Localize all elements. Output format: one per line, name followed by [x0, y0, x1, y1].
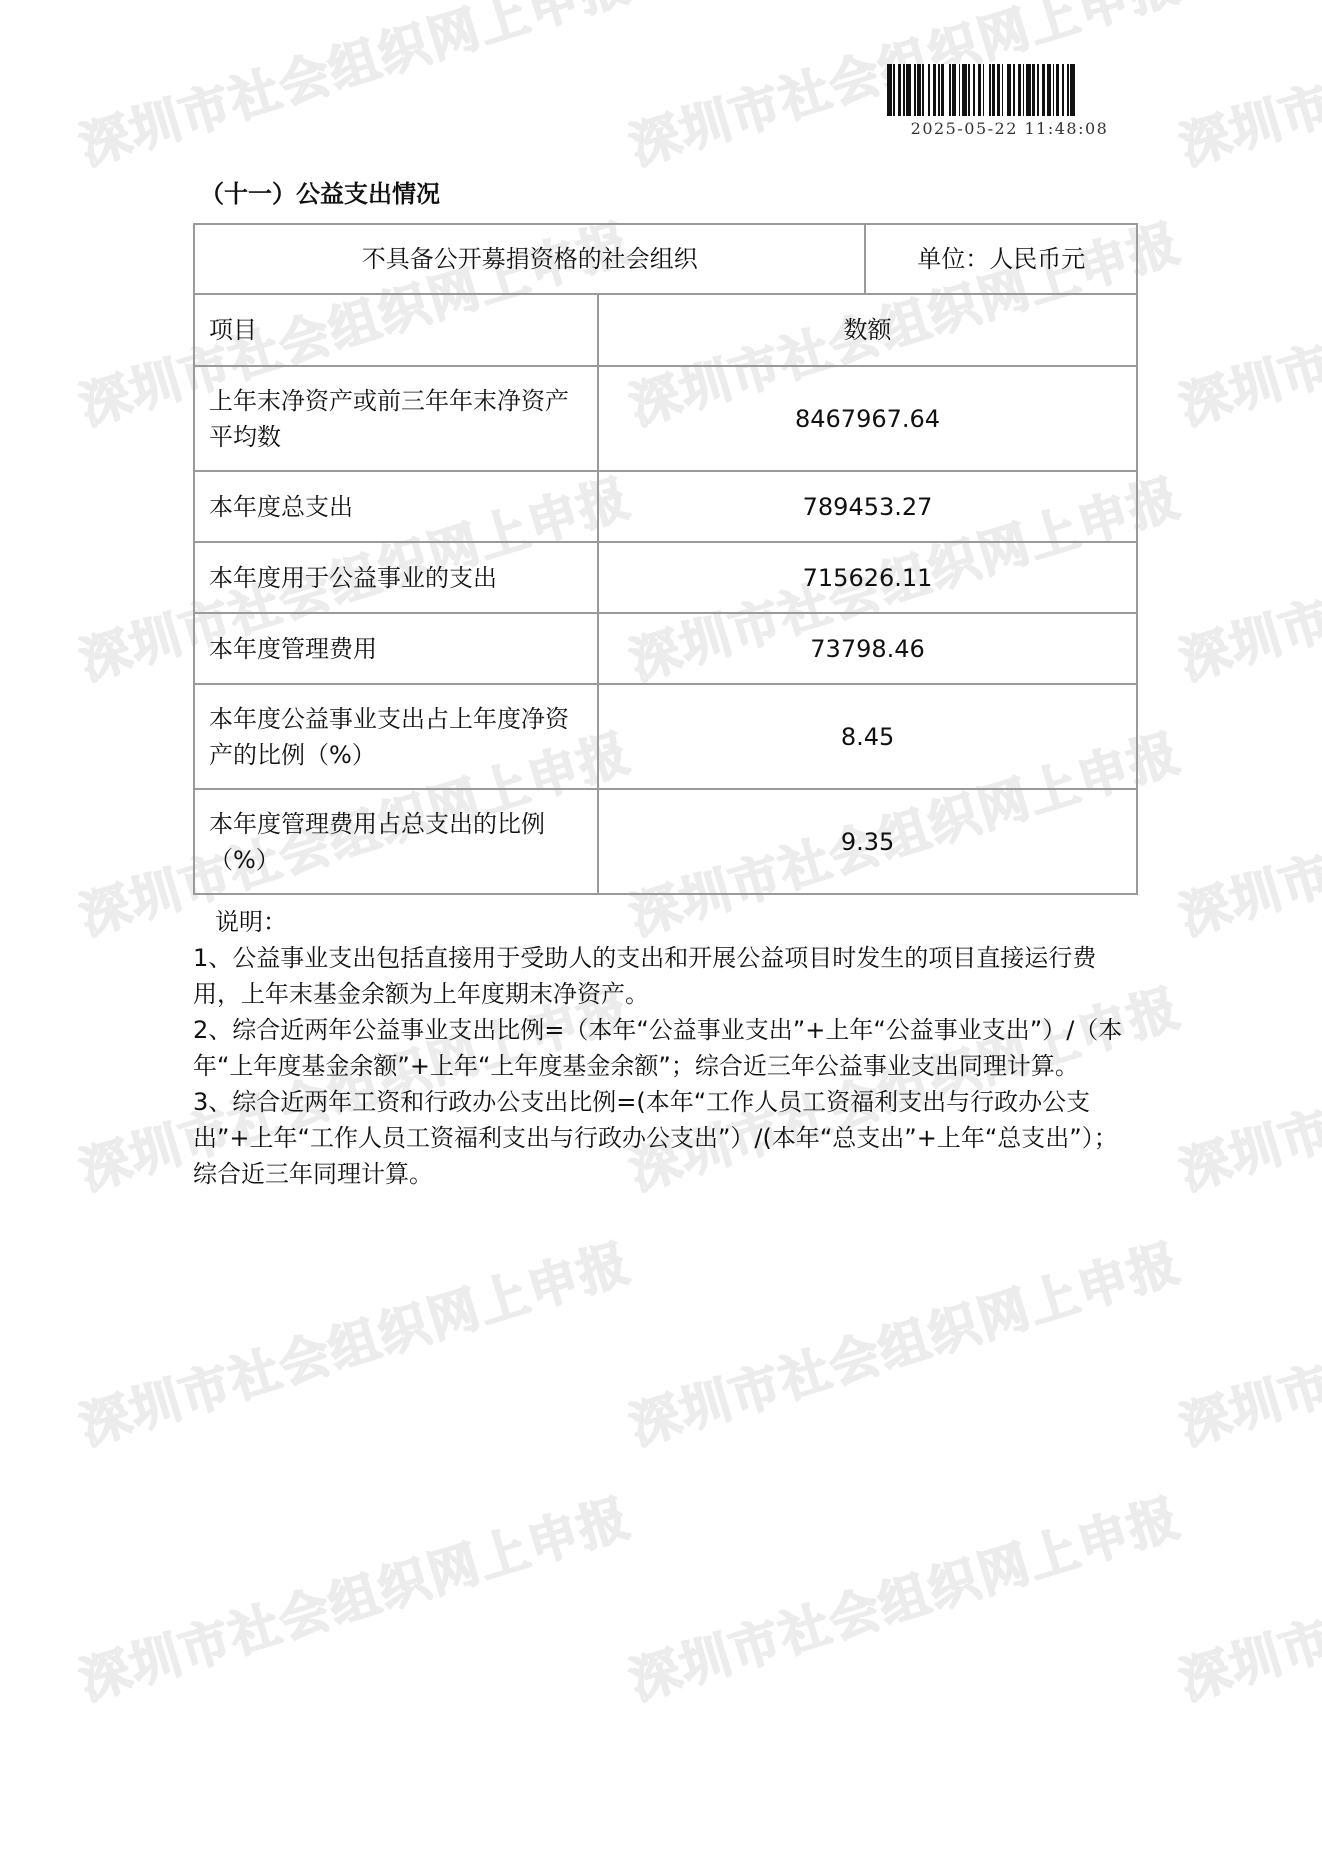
watermark-text: 深圳市社会组织网上申报	[70, 1478, 638, 1714]
watermark-text: 深圳市社会组织网上申报	[1170, 458, 1322, 694]
table-title-row: 不具备公开募捐资格的社会组织 单位：人民币元	[194, 224, 1137, 294]
watermark-text: 深圳市社会组织网上申报	[1170, 1478, 1322, 1714]
table-row: 本年度公益事业支出占上年度净资产的比例（%） 8.45	[194, 684, 1137, 789]
amount-cell: 73798.46	[598, 613, 1137, 684]
watermark-text: 深圳市社会组织网上申报	[1170, 713, 1322, 949]
section-title: （十一）公益支出情况	[200, 174, 440, 209]
watermark-text: 深圳市社会组织网上申报	[70, 0, 638, 179]
table-row: 上年末净资产或前三年年末净资产平均数 8467967.64	[194, 366, 1137, 471]
timestamp: 2025-05-22 11:48:08	[887, 119, 1132, 138]
note-item: 2、综合近两年公益事业支出比例=（本年“公益事业支出”+上年“公益事业支出”）/…	[193, 1012, 1138, 1084]
item-cell: 本年度用于公益事业的支出	[194, 542, 598, 613]
note-item: 3、综合近两年工资和行政办公支出比例=(本年“工作人员工资福利支出与行政办公支出…	[193, 1084, 1138, 1192]
column-header-amount: 数额	[598, 294, 1137, 366]
table-header-row: 项目 数额	[194, 294, 1137, 366]
amount-cell: 9.35	[598, 789, 1137, 894]
watermark-text: 深圳市社会组织网上申报	[620, 1223, 1188, 1459]
column-header-item: 项目	[194, 294, 598, 366]
watermark-text: 深圳市社会组织网上申报	[1170, 203, 1322, 439]
amount-cell: 789453.27	[598, 471, 1137, 542]
watermark-text: 深圳市社会组织网上申报	[1170, 0, 1322, 179]
amount-cell: 8.45	[598, 684, 1137, 789]
note-item: 1、公益事业支出包括直接用于受助人的支出和开展公益项目时发生的项目直接运行费用，…	[193, 940, 1138, 1012]
amount-cell: 715626.11	[598, 542, 1137, 613]
table-row: 本年度管理费用占总支出的比例（%） 9.35	[194, 789, 1137, 894]
item-cell: 本年度公益事业支出占上年度净资产的比例（%）	[194, 684, 598, 789]
watermark-text: 深圳市社会组织网上申报	[1170, 1223, 1322, 1459]
item-cell: 本年度管理费用占总支出的比例（%）	[194, 789, 598, 894]
org-type-cell: 不具备公开募捐资格的社会组织	[194, 224, 865, 294]
watermark-text: 深圳市社会组织网上申报	[1170, 968, 1322, 1204]
notes-label: 说明：	[193, 904, 1138, 940]
watermark-text: 深圳市社会组织网上申报	[620, 1478, 1188, 1714]
table-row: 本年度用于公益事业的支出 715626.11	[194, 542, 1137, 613]
item-cell: 上年末净资产或前三年年末净资产平均数	[194, 366, 598, 471]
item-cell: 本年度管理费用	[194, 613, 598, 684]
table-row: 本年度总支出 789453.27	[194, 471, 1137, 542]
table-row: 本年度管理费用 73798.46	[194, 613, 1137, 684]
amount-cell: 8467967.64	[598, 366, 1137, 471]
unit-cell: 单位：人民币元	[865, 224, 1137, 294]
notes-section: 说明： 1、公益事业支出包括直接用于受助人的支出和开展公益项目时发生的项目直接运…	[193, 904, 1138, 1192]
barcode-icon	[887, 64, 1132, 116]
item-cell: 本年度总支出	[194, 471, 598, 542]
watermark-text: 深圳市社会组织网上申报	[70, 1223, 638, 1459]
public-welfare-expense-table: 不具备公开募捐资格的社会组织 单位：人民币元 项目 数额 上年末净资产或前三年年…	[193, 223, 1138, 895]
barcode-block: 2025-05-22 11:48:08	[887, 64, 1137, 138]
